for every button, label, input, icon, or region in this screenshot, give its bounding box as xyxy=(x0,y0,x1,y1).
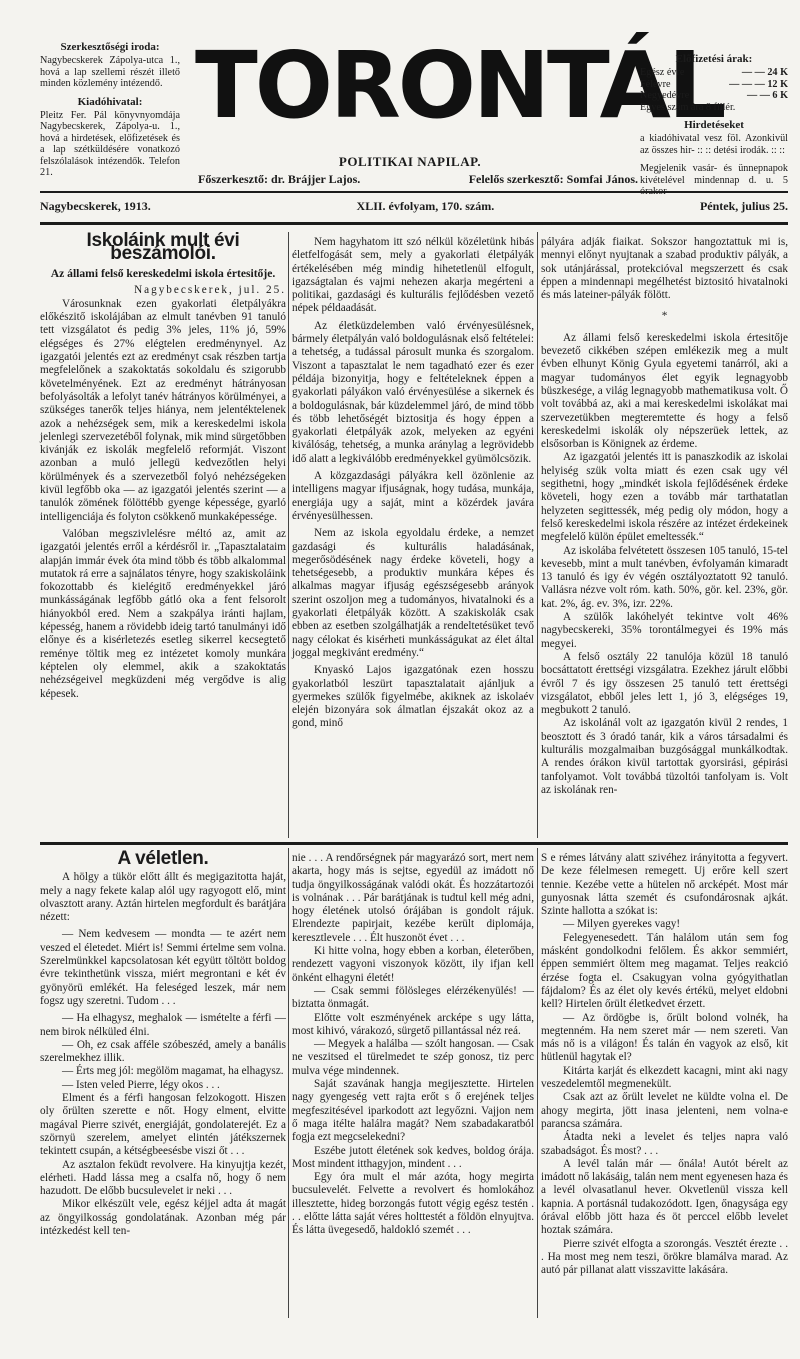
paragraph: — Megyek a halálba — szólt hangosan. — C… xyxy=(292,1038,534,1078)
masthead: Szerkesztőségi iroda: Nagybecskerek Zápo… xyxy=(40,40,788,190)
paragraph: Az iskolánál volt az igazgatón kivül 2 r… xyxy=(541,717,788,797)
paragraph: Egy óra mult el már azóta, hogy megirta … xyxy=(292,1171,534,1237)
editors-line: Főszerkesztő: dr. Brájjer Lajos. Felelős… xyxy=(198,172,638,187)
article1-headline: Iskoláink mult évi beszámolói. xyxy=(40,234,286,261)
publisher-office-heading: Kiadóhivatal: xyxy=(40,97,180,108)
paragraph: — Oh, ez csak afféle szóbeszéd, amely a … xyxy=(40,1039,286,1066)
responsible-editor: Felelős szerkesztő: Somfai János. xyxy=(469,172,638,187)
article1-column-1: Iskoláink mult évi beszámolói. Az állami… xyxy=(40,234,286,701)
paragraph: Átadta neki a levelet és teljes napra va… xyxy=(541,1131,788,1158)
article2-headline: A véletlen. xyxy=(40,852,286,865)
publisher-office-text: Pleitz Fer. Pál könyvnyomdája Nagybecske… xyxy=(40,110,180,178)
paragraph: Knyaskó Lajos igazgatónak ezen hosszu gy… xyxy=(292,664,534,730)
paragraph: Saját szavának hangja megijesztette. Hir… xyxy=(292,1078,534,1144)
place-year: Nagybecskerek, 1913. xyxy=(40,199,151,214)
paragraph: A közgazdasági pályákra kell özönlenie a… xyxy=(292,470,534,523)
paragraph: A levél talán már — őnála! Autót bérelt … xyxy=(541,1158,788,1238)
dateline-rule xyxy=(40,222,788,225)
column-divider xyxy=(537,848,538,1318)
paragraph: S e rémes látvány alatt szivéhez irányit… xyxy=(541,852,788,918)
paragraph: Elment és a férfi hangosan felzokogott. … xyxy=(40,1092,286,1158)
editorial-office-text: Nagybecskerek Zápolya-utca 1., hová a la… xyxy=(40,55,180,89)
paragraph: — Csak semmi fölösleges elérzékenyülés! … xyxy=(292,985,534,1012)
column-divider xyxy=(537,232,538,838)
paragraph: — Nem kedvesem — mondta — te azért nem v… xyxy=(40,928,286,1008)
single-copy-price: Egyes szám ára 8 fillér. xyxy=(640,102,788,113)
editorial-office-box: Szerkesztőségi iroda: Nagybecskerek Zápo… xyxy=(40,42,180,185)
issue-date: Péntek, julius 25. xyxy=(700,199,788,214)
column-divider xyxy=(288,232,289,838)
article1-column-3: pályára adják fiaikat. Sokszor hangoztat… xyxy=(541,236,788,797)
column-divider xyxy=(288,848,289,1318)
article2-column-3: S e rémes látvány alatt szivéhez irányit… xyxy=(541,852,788,1278)
price-row: Negyedévre— — 6 K xyxy=(640,90,788,101)
paragraph: — Isten veled Pierre, légy okos . . . xyxy=(40,1079,286,1092)
paragraph: — Érts meg jól: megölöm magamat, ha elha… xyxy=(40,1065,286,1078)
paragraph: Az asztalon feküdt revolvere. Ha kinyujt… xyxy=(40,1159,286,1199)
paragraph: nie . . . A rendőrségnek pár magyarázó s… xyxy=(292,852,534,945)
ads-heading: Hirdetéseket xyxy=(640,120,788,131)
section-rule xyxy=(40,842,788,845)
article2-column-1: A véletlen. A hölgy a tükör előtt állt é… xyxy=(40,852,286,1238)
paragraph: Pierre szivét elfogta a szorongás. Veszt… xyxy=(541,1238,788,1278)
article2-column-2: nie . . . A rendőrségnek pár magyarázó s… xyxy=(292,852,534,1238)
paragraph: Az állami felső kereskedelmi iskola érte… xyxy=(541,332,788,452)
paragraph: — Az ördögbe is, őrült bolond volnék, ha… xyxy=(541,1012,788,1065)
paragraph: Eszébe jutott életének sok kedves, boldo… xyxy=(292,1145,534,1172)
subscription-heading: Előfizetési árak: xyxy=(640,54,788,65)
ads-text: a kiadóhivatal vesz föl. Azonkivül az ös… xyxy=(640,133,788,156)
paragraph: A szülők lakóhelyét tekintve volt 46% na… xyxy=(541,611,788,651)
price-row: Félévre— — — 12 K xyxy=(640,79,788,90)
dateline: Nagybecskerek, 1913. XLII. évfolyam, 170… xyxy=(40,199,788,214)
paragraph: Felegyenesedett. Tán halálom után sem fo… xyxy=(541,932,788,1012)
price-row: Egész évre— — 24 K xyxy=(640,67,788,78)
masthead-rule xyxy=(40,191,788,193)
article1-placeline: Nagybecskerek, jul. 25. xyxy=(40,284,286,297)
paragraph: Nem hagyhatom itt szó nélkül közéletünk … xyxy=(292,236,534,316)
article1-subhead: Az állami felső kereskedelmi iskola érte… xyxy=(40,267,286,280)
paragraph: Előtte volt eszményének arcképe s ugy lá… xyxy=(292,1012,534,1039)
paragraph: Kitárta karját és elkezdett kacagni, min… xyxy=(541,1065,788,1092)
subscription-box: Előfizetési árak: Egész évre— — 24 K Fél… xyxy=(640,54,788,204)
article1-column-2: Nem hagyhatom itt szó nélkül közéletünk … xyxy=(292,236,534,731)
newspaper-subtitle: POLITIKAI NAPILAP. xyxy=(195,154,625,170)
paragraph: Ki hitte volna, hogy ebben a korban, éle… xyxy=(292,945,534,985)
paragraph: Valóban megszivlelésre méltó az, amit az… xyxy=(40,528,286,701)
paragraph: pályára adják fiaikat. Sokszor hangoztat… xyxy=(541,236,788,302)
paragraph: Városunknak ezen gyakorlati életpályákra… xyxy=(40,298,286,524)
section-separator: * xyxy=(541,310,788,323)
editorial-office-heading: Szerkesztőségi iroda: xyxy=(40,42,180,53)
paragraph: A felső osztály 22 tanulója közül 18 tan… xyxy=(541,651,788,717)
paragraph: Az életküzdelemben való érvényesülésnek,… xyxy=(292,320,534,466)
paragraph: Az igazgatói jelentés itt is panaszkodik… xyxy=(541,451,788,544)
paragraph: — Ha elhagysz, meghalok — ismételte a fé… xyxy=(40,1012,286,1039)
newspaper-title: TORONTÁL xyxy=(195,40,625,132)
paragraph: Mikor elkészült vele, egész kéjjel adta … xyxy=(40,1198,286,1238)
paragraph: Az iskolába felvétetett összesen 105 tan… xyxy=(541,545,788,611)
paragraph: — Milyen gyerekes vagy! xyxy=(541,918,788,931)
paragraph: A hölgy a tükör előtt állt és megigazito… xyxy=(40,871,286,924)
chief-editor: Főszerkesztő: dr. Brájjer Lajos. xyxy=(198,172,360,187)
paragraph: Csak azt az őrült levelet ne küldte voln… xyxy=(541,1091,788,1131)
volume-issue: XLII. évfolyam, 170. szám. xyxy=(357,199,495,214)
paragraph: Nem az iskola egyoldalu érdeke, a nemzet… xyxy=(292,527,534,660)
